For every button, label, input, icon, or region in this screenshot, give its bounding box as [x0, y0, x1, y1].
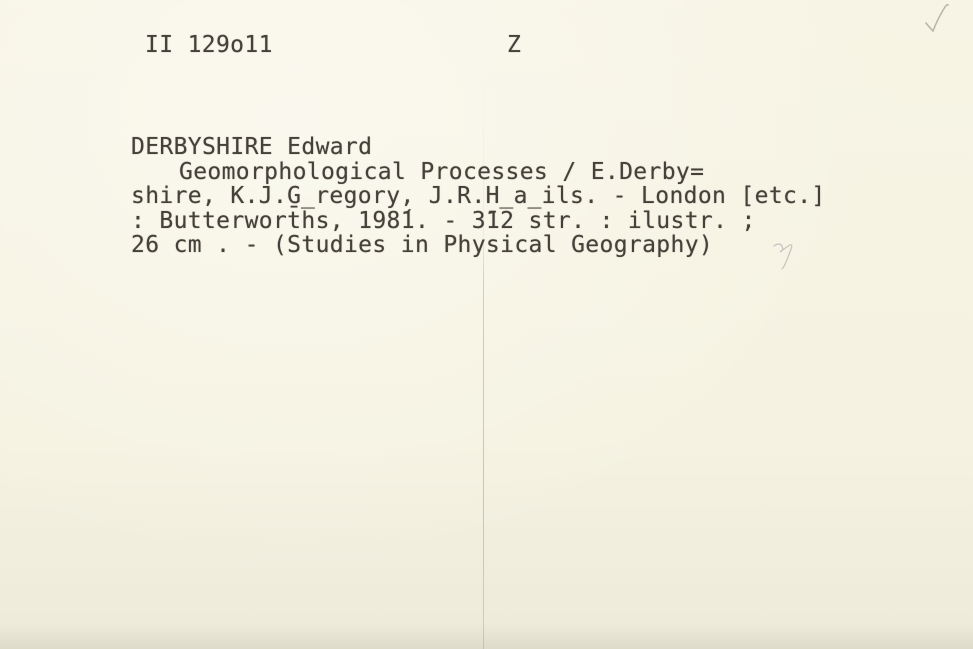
- section-letter: Z: [507, 32, 521, 58]
- scan-bottom-shading: [0, 623, 973, 649]
- card-crease-line: [483, 60, 484, 649]
- catalog-entry: DERBYSHIRE Edward Geomorphological Proce…: [131, 135, 851, 258]
- catalog-card: II 129o11 Z DERBYSHIRE Edward Geomorphol…: [0, 0, 973, 649]
- entry-line-imprint: : Butterwort̄hs, 198́1. - 3̄12 str. : il…: [131, 209, 851, 234]
- entry-line-title: Geomorphological Processes / E.Derby=: [131, 160, 851, 185]
- author-heading: DERBYSHIRE Edward: [131, 135, 851, 160]
- pencil-squiggle-mark: [770, 238, 804, 274]
- entry-line-authors: shire, K.J.G̲regory, J.R.H̲a̲ils. - Lond…: [131, 184, 851, 209]
- entry-line-series: 26 cm . - (Studies in Physical Geography…: [131, 233, 851, 258]
- call-number: II 129o11: [145, 32, 273, 58]
- pencil-checkmark-icon: [918, 2, 962, 40]
